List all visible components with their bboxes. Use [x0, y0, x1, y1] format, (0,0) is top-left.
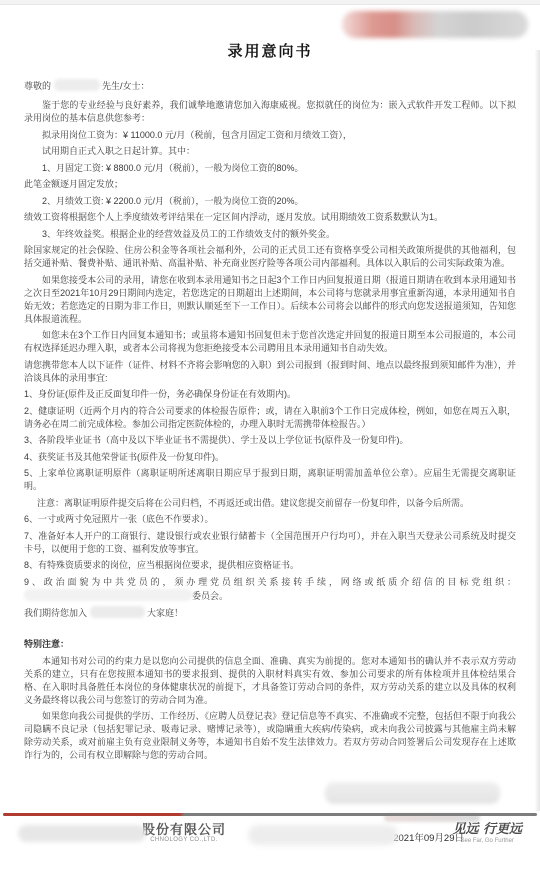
recipient-name-redaction: [54, 79, 100, 91]
special-notice-heading: 特别注意：: [24, 638, 516, 651]
company-name-cn: 股份有限公司: [142, 823, 226, 836]
slogan-cn: 见远 行更远: [452, 823, 522, 837]
company-name-en: CHNOLOGY CO.,LTD.: [142, 837, 226, 843]
annual-bonus-line: 3、年终效益奖。根据企业的经营效益及员工的工作绩效支付的额外奖金。: [24, 228, 516, 241]
company-logo: 股份有限公司 CHNOLOGY CO.,LTD.: [18, 823, 226, 843]
intro-paragraph: 鉴于您的专业经验与良好素养，我们诚挚地邀请您加入海康威视。您拟就任的岗位为：嵌入…: [24, 99, 516, 125]
checklist-item-2: 2、健康证明（近两个月内的符合公司要求的体检报告原件；或，请在入职前3个工作日完…: [24, 405, 516, 431]
slogan-en: See Far, Go Further: [452, 838, 522, 844]
company-name-redaction: [90, 606, 145, 618]
item9-text: 9、政治面貌为中共党员的，须办理党员组织关系接转手续，网络或纸质介绍信的目标党组…: [24, 577, 516, 587]
header-logo-redaction: [342, 11, 528, 38]
checklist-item-7: 7、准备好本人开户的工商银行、建设银行或农业银行储蓄卡（全国范围开户行均可），并…: [24, 530, 516, 556]
checklist-item-3: 3、各阶段毕业证书（高中及以下毕业证书不需提供）、学士及以上学位证书(原件及一份…: [24, 434, 516, 447]
salary-intro: 拟录用岗位工资为：¥ 11000.0 元/月（税前，包含月固定工资和月绩效工资）…: [24, 129, 516, 142]
special-notice-paragraph-2: 如果您向我公司提供的学历、工作经历、《应聘人员登记表》登记信息等不真实、不准确或…: [24, 710, 516, 762]
checklist-item-4: 4、获奖证书及其他荣誉证书(原件及一份复印件)。: [24, 451, 516, 464]
page-title: 录用意向书: [24, 40, 516, 61]
scan-right-edge-shadow: [535, 50, 540, 811]
greeting-line: 尊敬的 先生/女士：: [24, 79, 516, 93]
footer-row: 股份有限公司 CHNOLOGY CO.,LTD. 见远 行更远 See Far,…: [0, 816, 540, 845]
footer-middle-redaction: [248, 825, 398, 845]
page-top-edge: [0, 0, 540, 5]
fixed-salary-line: 1、月固定工资: ¥ 8800.0 元/月（税前），一般为岗位工资的80%。: [24, 162, 516, 175]
closing-line: 我们期待您加入 大家庭！: [24, 606, 516, 620]
company-logo-redaction: [18, 825, 146, 842]
probation-line: 试用期自正式入职之日起计算。其中：: [24, 145, 516, 158]
item9-suffix: 委员会。: [192, 591, 228, 601]
no-reply-paragraph: 如您未在3个工作日内回复本通知书；或虽将本通知书回复但未于您首次选定并回复的报道…: [24, 329, 516, 355]
welfare-paragraph: 除国家规定的社会保险、住房公积金等各项社会福利外，公司的正式员工还有资格享受公司…: [24, 244, 516, 270]
checklist-item-9: 9、政治面貌为中共党员的，须办理党员组织关系接转手续，网络或纸质介绍信的目标党组…: [24, 576, 516, 603]
fixed-salary-note: 此笔金额逐月固定发放；: [24, 178, 516, 191]
party-org-redaction: [24, 589, 192, 601]
checklist-item-5: 5、上家单位离职证明原件（离职证明所述离职日期应早于报到日期，离职证明需加盖单位…: [24, 467, 516, 493]
company-slogan: 见远 行更远 See Far, Go Further: [452, 823, 526, 844]
performance-salary-note: 绩效工资将根据您个人上季度绩效考评结果在一定区间内浮动，逐月发放。试用期绩效工资…: [24, 211, 516, 224]
closing-suffix: 大家庭！: [147, 608, 183, 618]
checklist-item-8: 8、有特殊资质要求的岗位，应当根据岗位要求，提供相应资格证书。: [24, 559, 516, 572]
special-notice-paragraph-1: 本通知书对公司的约束力是以您向公司提供的信息全面、准确、真实为前提的。您对本通知…: [24, 655, 516, 707]
letter-body: 录用意向书 尊敬的 先生/女士： 鉴于您的专业经验与良好素养，我们诚挚地邀请您加…: [0, 0, 540, 844]
checklist-item-5-note: 注意：离职证明原件提交后将在公司归档，不再返还或出借。建议您提交前留存一份复印件…: [24, 497, 516, 510]
letterhead-footer: 股份有限公司 CHNOLOGY CO.,LTD. 见远 行更远 See Far,…: [0, 813, 540, 845]
company-signature-redaction: [325, 782, 500, 804]
acceptance-paragraph: 如果您接受本公司的录用，请您在收到本录用通知书之日起3个工作日内回复报道日期（报…: [24, 274, 516, 326]
greeting-suffix: 先生/女士：: [102, 81, 150, 91]
checklist-item-6: 6、一寸或两寸免冠照片一张（底色不作要求）。: [24, 513, 516, 526]
checklist-item-1: 1、身份证(原件及正反面复印件一份，务必确保身份证在有效期内)。: [24, 388, 516, 401]
bring-documents-paragraph: 请您携带您本人以下证件（证件、材料不齐将会影响您的入职）到公司报到（报到时间、地…: [24, 359, 516, 385]
closing-prefix: 我们期待您加入: [24, 608, 87, 618]
performance-salary-line: 2、月绩效工资: ¥ 2200.0 元/月（税前），一般为岗位工资的20%。: [24, 195, 516, 208]
greeting-prefix: 尊敬的: [24, 81, 51, 91]
